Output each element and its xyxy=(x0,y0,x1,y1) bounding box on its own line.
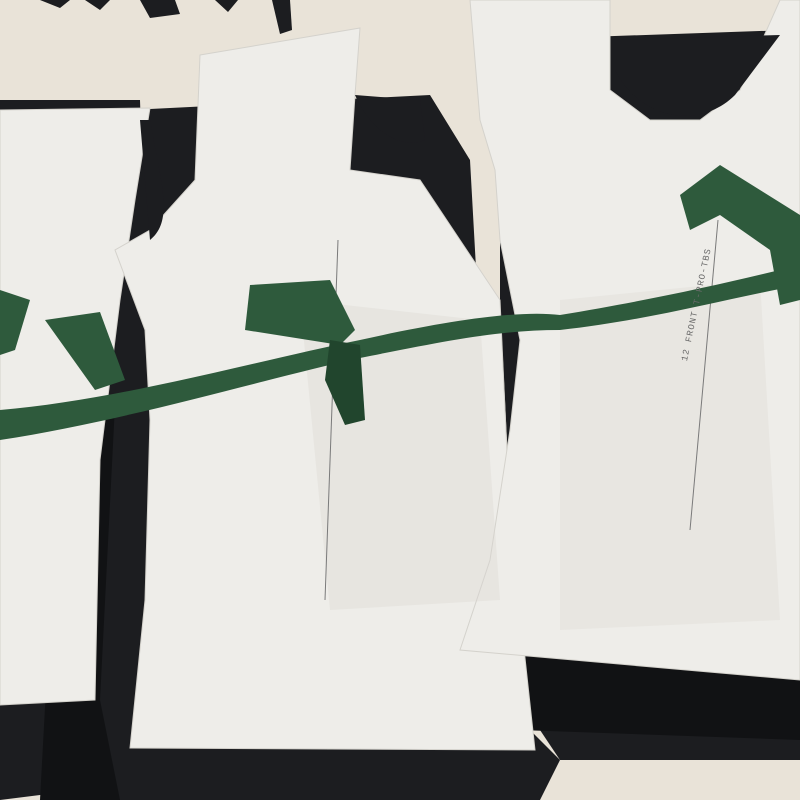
fabric-scraps xyxy=(40,0,292,34)
scene-drawing xyxy=(0,0,800,800)
photo-scene xyxy=(0,0,800,800)
